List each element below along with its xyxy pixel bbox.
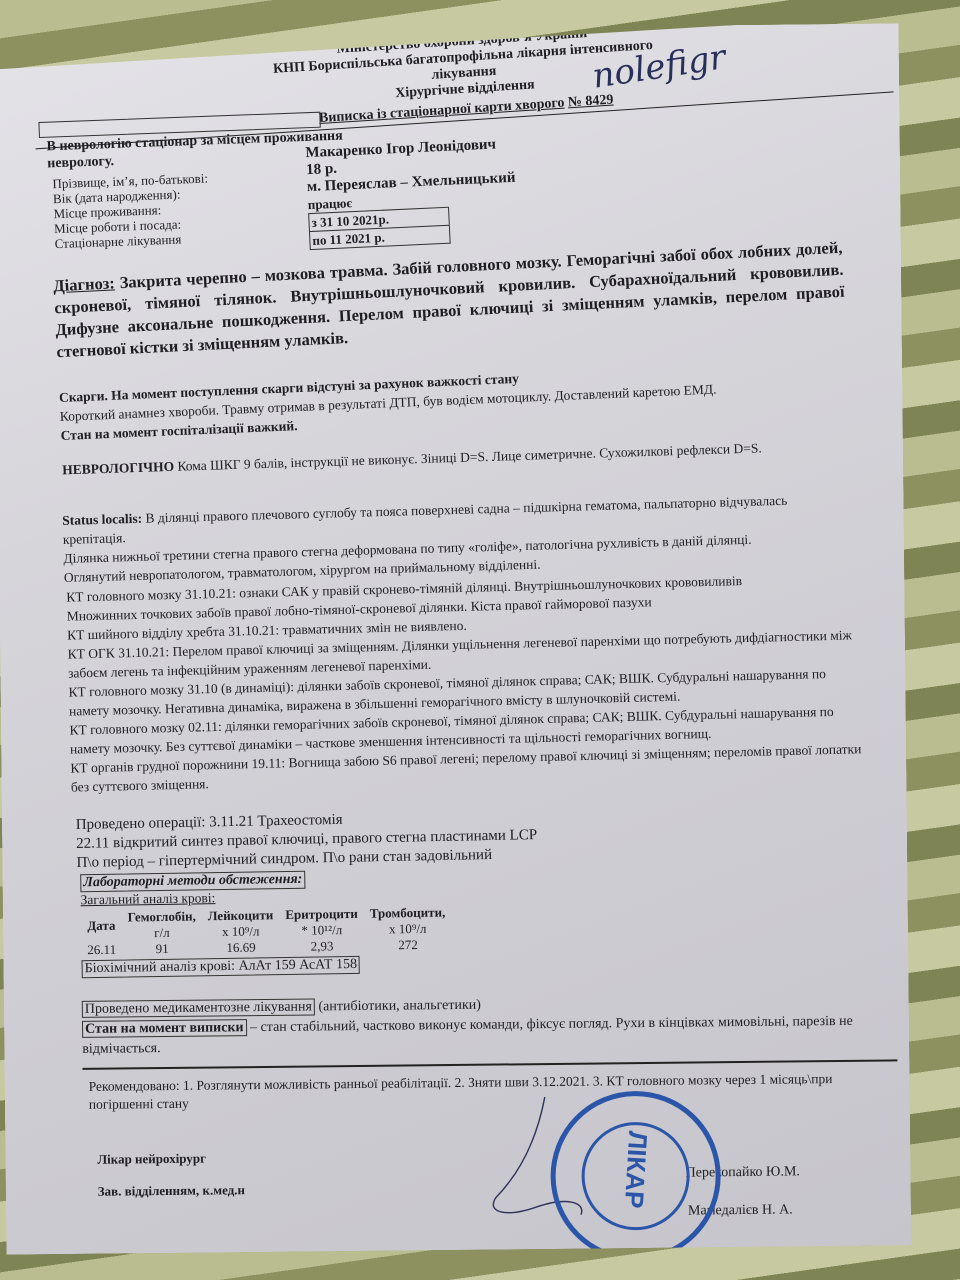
lab-cell: 91 xyxy=(122,940,202,957)
treatment-section: Проведено медикаментозне лікування (анти… xyxy=(82,991,903,1060)
imaging-results: КТ головного мозку 31.10.21: ознаки САК … xyxy=(66,568,871,796)
lab-column-header: Тромбоцити,x 10⁹/л xyxy=(364,904,452,937)
lab-cell: 26.11 xyxy=(81,942,122,959)
discharge-state-label: Стан на момент виписки xyxy=(82,1019,247,1038)
diagnosis-label: Діагноз: xyxy=(53,273,115,295)
discharge-document: Міністерство охорони здоров’я України КН… xyxy=(0,23,911,1254)
patient-values: Макаренко Ігор Леонідович 18 р. м. Перея… xyxy=(305,136,518,250)
diagnosis-text: Закрита черепно – мозкова травма. Забій … xyxy=(54,238,845,361)
lab-section: Лабораторні методи обстеження: Загальний… xyxy=(80,865,602,978)
lab-cell: 2,93 xyxy=(280,938,365,955)
footer-rule xyxy=(82,1059,897,1070)
diagnosis: Діагноз: Закрита черепно – мозкова травм… xyxy=(53,237,846,363)
biochem-result: Біохімічний аналіз крові: АлАт 159 АсАТ … xyxy=(82,956,361,978)
doctor-stamp: ЛІКАР xyxy=(550,1090,722,1262)
patient-labels: Прізвище, ім’я, по-батькові: Вік (дата н… xyxy=(52,171,210,252)
lab-column-header: Гемоглобін,г/л xyxy=(122,908,203,941)
complaints-section: Скарги. На момент поступлення скарги від… xyxy=(59,356,821,445)
neuro-section: НЕВРОЛОГІЧНО Кома ШКГ 9 балів, інструкці… xyxy=(62,436,852,480)
lab-column-header: Еритроцити* 10¹²/л xyxy=(279,906,364,939)
cbc-table: ДатаГемоглобін,г/лЛейкоцитиx 10⁹/лЕритро… xyxy=(81,904,452,958)
operations: Проведено операції: 3.11.21 Трахеостомія… xyxy=(76,807,538,873)
neuro-text: Кома ШКГ 9 балів, інструкції не виконує.… xyxy=(177,440,762,473)
lab-column-header: Лейкоцитиx 10⁹/л xyxy=(202,907,280,940)
lab-cell: 16.69 xyxy=(202,939,280,956)
lab-cell: 272 xyxy=(364,936,452,953)
stamp-center-text: ЛІКАР xyxy=(618,1129,654,1211)
signature-role-1: Лікар нейрохірург xyxy=(97,1151,206,1168)
lab-column-header: Дата xyxy=(81,910,122,943)
treatment-label: Проведено медикаментозне лікування xyxy=(82,998,315,1017)
signature-role-2: Зав. відділенням, к.мед.н xyxy=(98,1182,245,1200)
lab-title: Лабораторні методи обстеження: xyxy=(80,871,305,893)
